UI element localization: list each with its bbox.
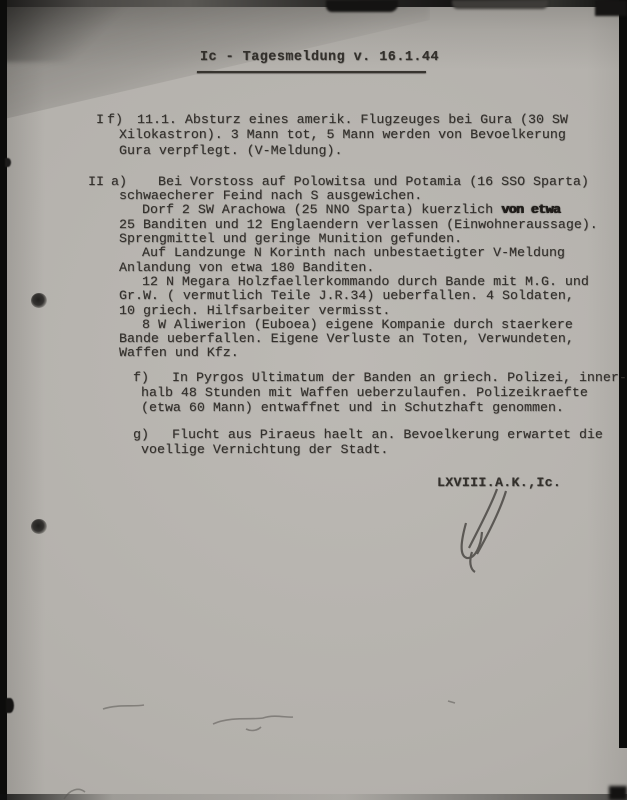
document-line: 12 N Megara Holzfaellerkommando durch Ba… bbox=[84, 275, 622, 289]
paragraph: If)11.1. Absturz eines amerik. Flugzeuge… bbox=[84, 112, 622, 158]
document-line: Bande ueberfallen. Eigene Verluste an To… bbox=[84, 332, 622, 346]
document-title: Ic - Tagesmeldung v. 16.1.44 bbox=[200, 50, 439, 65]
document-line: If)11.1. Absturz eines amerik. Flugzeuge… bbox=[84, 112, 622, 127]
document-line: 10 griech. Hilfsarbeiter vermisst. bbox=[84, 304, 622, 318]
document-line: voellige Vernichtung der Stadt. bbox=[84, 442, 622, 457]
line-text: (etwa 60 Mann) entwaffnet und in Schutzh… bbox=[141, 400, 564, 415]
paragraph-label-letter: a) bbox=[111, 175, 127, 189]
overstruck-text: von etwa bbox=[501, 202, 560, 217]
paragraph: g)Flucht aus Piraeus haelt an. Bevoelker… bbox=[84, 427, 622, 458]
document-content: Ic - Tagesmeldung v. 16.1.44 If)11.1. Ab… bbox=[0, 0, 627, 800]
paragraph: IIa)Bei Vorstoss auf Polowitsa und Potam… bbox=[84, 175, 622, 361]
document-line: Waffen und Kfz. bbox=[84, 346, 622, 360]
paragraph-label-numeral: I bbox=[84, 112, 104, 127]
paragraph-label-letter: f) bbox=[133, 370, 149, 385]
document-line: g)Flucht aus Piraeus haelt an. Bevoelker… bbox=[84, 427, 622, 442]
document-line: Xilokastron). 3 Mann tot, 5 Mann werden … bbox=[84, 127, 622, 142]
line-text: halb 48 Stunden mit Waffen ueberzulaufen… bbox=[141, 385, 588, 400]
title-underline bbox=[197, 71, 426, 73]
line-text: 8 W Aliwerion (Euboea) eigene Kompanie d… bbox=[142, 317, 573, 332]
line-text: 11.1. Absturz eines amerik. Flugzeuges b… bbox=[137, 112, 568, 127]
line-text: Waffen und Kfz. bbox=[119, 345, 239, 360]
document-line: 8 W Aliwerion (Euboea) eigene Kompanie d… bbox=[84, 318, 622, 332]
line-text: voellige Vernichtung der Stadt. bbox=[141, 442, 388, 457]
document-line: Gr.W. ( vermutlich Teile J.R.34) ueberfa… bbox=[84, 289, 622, 303]
paragraph-label-letter: g) bbox=[133, 427, 149, 442]
paragraph-label-numeral: II bbox=[84, 175, 104, 189]
line-text: Flucht aus Piraeus haelt an. Bevoelkerun… bbox=[172, 427, 603, 442]
document-line: Gura verpflegt. (V-Meldung). bbox=[84, 143, 622, 158]
document-line: (etwa 60 Mann) entwaffnet und in Schutzh… bbox=[84, 400, 622, 415]
line-text: In Pyrgos Ultimatum der Banden an griech… bbox=[172, 370, 627, 385]
document-line: Auf Landzunge N Korinth nach unbestaetig… bbox=[84, 246, 622, 260]
line-text: Anlandung von etwa 180 Banditen. bbox=[119, 260, 374, 275]
line-text: Auf Landzunge N Korinth nach unbestaetig… bbox=[142, 245, 565, 260]
line-text: Dorf 2 SW Arachowa (25 NNO Sparta) kuerz… bbox=[142, 202, 501, 217]
line-text: 25 Banditen und 12 Englaendern verlassen… bbox=[119, 217, 598, 232]
document-line: Anlandung von etwa 180 Banditen. bbox=[84, 261, 622, 275]
line-text: Xilokastron). 3 Mann tot, 5 Mann werden … bbox=[119, 127, 566, 142]
line-text: 10 griech. Hilfsarbeiter vermisst. bbox=[119, 303, 390, 318]
line-text: Bande ueberfallen. Eigene Verluste an To… bbox=[119, 331, 574, 346]
document-line: 25 Banditen und 12 Englaendern verlassen… bbox=[84, 218, 622, 232]
document-line: schwaecherer Feind nach S ausgewichen. bbox=[84, 189, 622, 203]
line-text: Bei Vorstoss auf Polowitsa und Potamia (… bbox=[158, 174, 589, 189]
paragraph: f)In Pyrgos Ultimatum der Banden an grie… bbox=[84, 370, 622, 416]
signature-unit: LXVIII.A.K.,Ic. bbox=[84, 475, 622, 490]
scanned-document-page: Ic - Tagesmeldung v. 16.1.44 If)11.1. Ab… bbox=[0, 0, 627, 800]
line-text: schwaecherer Feind nach S ausgewichen. bbox=[119, 188, 422, 203]
line-text: Gr.W. ( vermutlich Teile J.R.34) ueberfa… bbox=[119, 288, 574, 303]
document-line: Dorf 2 SW Arachowa (25 NNO Sparta) kuerz… bbox=[84, 203, 622, 217]
line-text: Gura verpflegt. (V-Meldung). bbox=[119, 143, 342, 158]
document-line: f)In Pyrgos Ultimatum der Banden an grie… bbox=[84, 370, 622, 385]
line-text: Sprengmittel und geringe Munition gefund… bbox=[119, 231, 462, 246]
document-line: halb 48 Stunden mit Waffen ueberzulaufen… bbox=[84, 385, 622, 400]
line-text: 12 N Megara Holzfaellerkommando durch Ba… bbox=[142, 274, 589, 289]
document-body: If)11.1. Absturz eines amerik. Flugzeuge… bbox=[84, 112, 622, 490]
paragraph-label-letter: f) bbox=[107, 112, 123, 127]
document-line: IIa)Bei Vorstoss auf Polowitsa und Potam… bbox=[84, 175, 622, 189]
document-line: Sprengmittel und geringe Munition gefund… bbox=[84, 232, 622, 246]
